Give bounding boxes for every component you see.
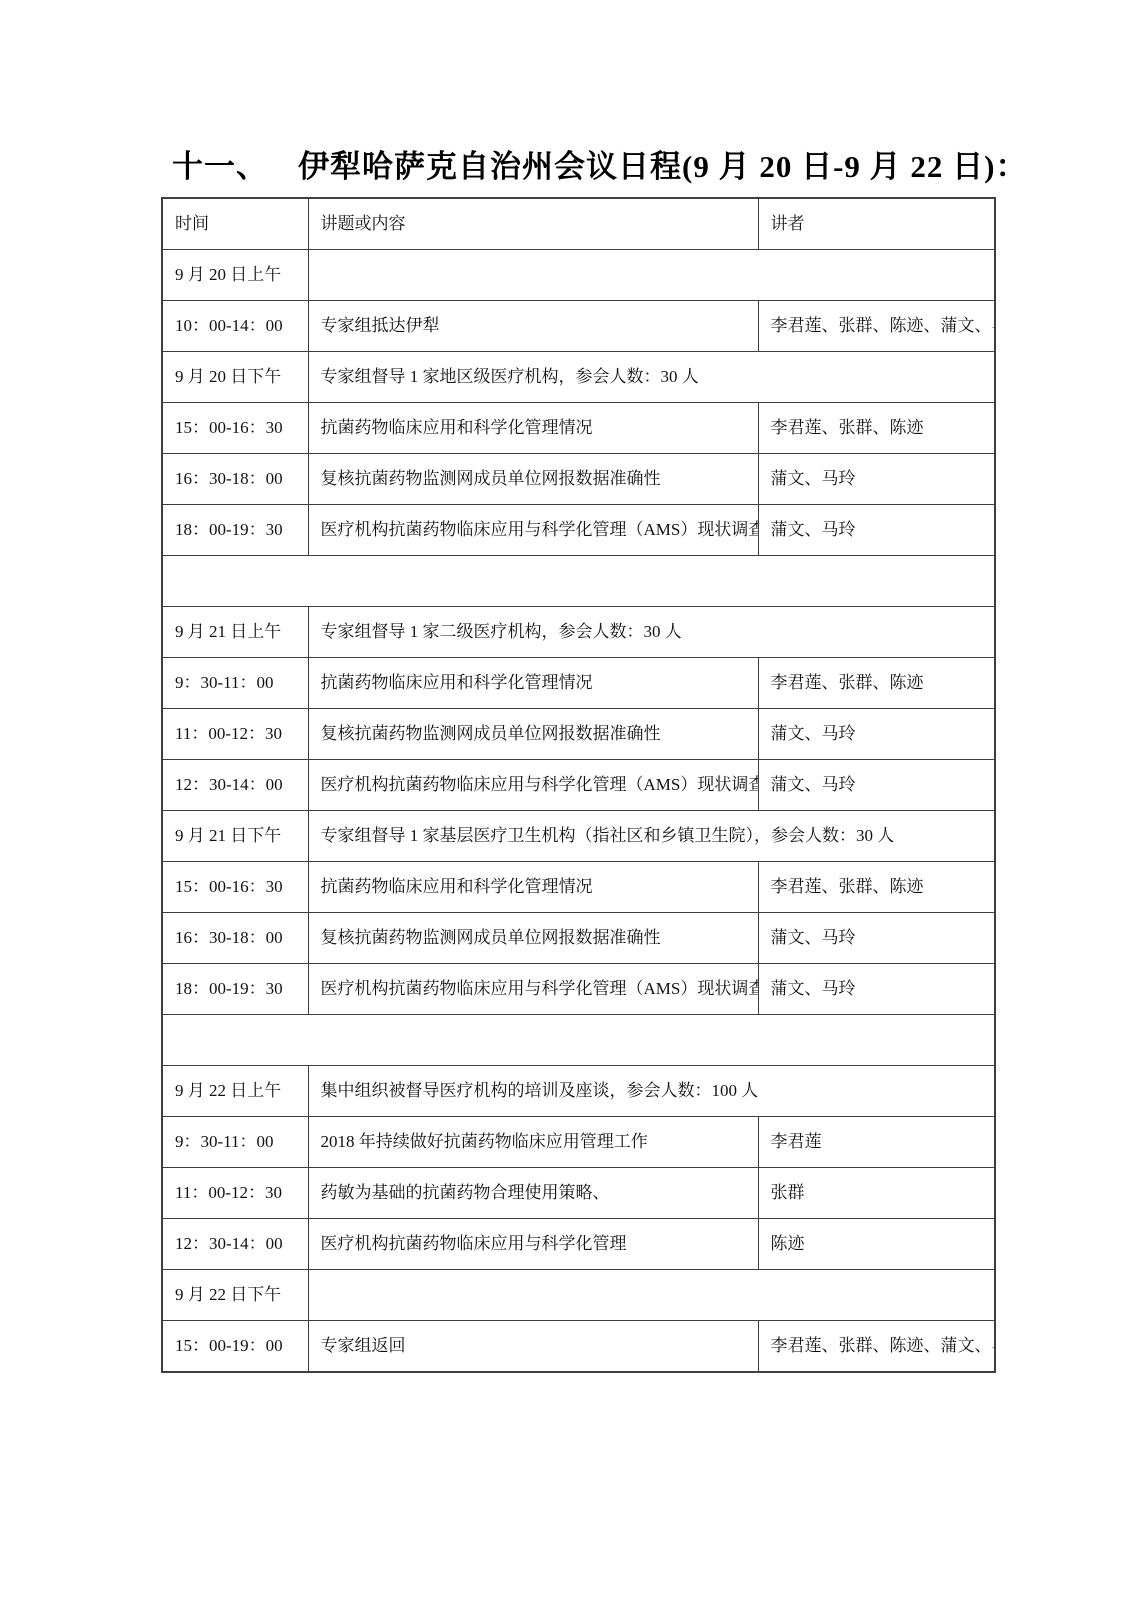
topic-cell: 医疗机构抗菌药物临床应用与科学化管理（AMS）现状调查 [308,760,758,811]
time-cell: 9：30-11：00 [162,658,308,709]
speaker-cell: 蒲文、马玲 [758,505,995,556]
topic-cell: 专家组督导 1 家地区级医疗机构，参会人数：30 人 [308,352,995,403]
time-cell: 9 月 21 日下午 [162,811,308,862]
page-title: 十一、伊犁哈萨克自治州会议日程(9 月 20 日-9 月 22 日)： [172,141,1027,186]
topic-cell: 复核抗菌药物监测网成员单位网报数据准确性 [308,454,758,505]
table-row: 15：00-16：30抗菌药物临床应用和科学化管理情况李君莲、张群、陈迹 [162,862,995,913]
time-header-cell: 时间 [162,198,308,250]
table-row: 15：00-19：00专家组返回李君莲、张群、陈迹、蒲文、马玲 [162,1321,995,1373]
time-cell: 9：30-11：00 [162,1117,308,1168]
speaker-cell: 蒲文、马玲 [758,913,995,964]
time-cell: 9 月 22 日上午 [162,1066,308,1117]
empty-cell [162,556,995,607]
time-cell: 9 月 22 日下午 [162,1270,308,1321]
table-row: 9 月 22 日上午集中组织被督导医疗机构的培训及座谈，参会人数：100 人 [162,1066,995,1117]
table-row [162,1015,995,1066]
time-cell: 15：00-16：30 [162,862,308,913]
speaker-cell: 蒲文、马玲 [758,760,995,811]
speaker-cell: 李君莲、张群、陈迹 [758,658,995,709]
topic-cell: 医疗机构抗菌药物临床应用与科学化管理（AMS）现状调查 [308,964,758,1015]
speaker-cell: 李君莲、张群、陈迹 [758,862,995,913]
table-row [162,556,995,607]
table-row: 10：00-14：00专家组抵达伊犁李君莲、张群、陈迹、蒲文、马玲 [162,301,995,352]
speaker-cell: 蒲文、马玲 [758,709,995,760]
table-row: 9 月 20 日上午 [162,250,995,301]
speaker-cell: 李君莲、张群、陈迹 [758,403,995,454]
time-cell: 9 月 21 日上午 [162,607,308,658]
table-row: 16：30-18：00复核抗菌药物监测网成员单位网报数据准确性蒲文、马玲 [162,454,995,505]
speaker-cell: 李君莲 [758,1117,995,1168]
table-row: 9：30-11：002018 年持续做好抗菌药物临床应用管理工作李君莲 [162,1117,995,1168]
table-row: 9 月 22 日下午 [162,1270,995,1321]
topic-cell: 医疗机构抗菌药物临床应用与科学化管理（AMS）现状调查 [308,505,758,556]
table-row: 16：30-18：00复核抗菌药物监测网成员单位网报数据准确性蒲文、马玲 [162,913,995,964]
empty-cell [162,1015,995,1066]
table-row: 11：00-12：30药敏为基础的抗菌药物合理使用策略、张群 [162,1168,995,1219]
table-row: 9 月 21 日下午专家组督导 1 家基层医疗卫生机构（指社区和乡镇卫生院），参… [162,811,995,862]
speaker-cell: 陈迹 [758,1219,995,1270]
time-cell: 11：00-12：30 [162,709,308,760]
topic-header-cell: 讲题或内容 [308,198,758,250]
topic-cell: 医疗机构抗菌药物临床应用与科学化管理 [308,1219,758,1270]
topic-cell: 专家组返回 [308,1321,758,1373]
speaker-header-cell: 讲者 [758,198,995,250]
time-cell: 16：30-18：00 [162,454,308,505]
time-cell: 9 月 20 日上午 [162,250,308,301]
speaker-cell: 李君莲、张群、陈迹、蒲文、马玲 [758,1321,995,1373]
document-page: 十一、伊犁哈萨克自治州会议日程(9 月 20 日-9 月 22 日)： 时间讲题… [0,0,1131,1600]
speaker-cell: 蒲文、马玲 [758,964,995,1015]
topic-cell [308,250,995,301]
topic-cell: 专家组督导 1 家基层医疗卫生机构（指社区和乡镇卫生院），参会人数：30 人 [308,811,995,862]
schedule-table: 时间讲题或内容讲者9 月 20 日上午 10：00-14：00专家组抵达伊犁李君… [161,197,996,1373]
time-cell: 18：00-19：30 [162,964,308,1015]
time-cell: 9 月 20 日下午 [162,352,308,403]
speaker-cell: 张群 [758,1168,995,1219]
time-cell: 11：00-12：30 [162,1168,308,1219]
topic-cell: 抗菌药物临床应用和科学化管理情况 [308,862,758,913]
topic-cell: 抗菌药物临床应用和科学化管理情况 [308,658,758,709]
section-title-text: 伊犁哈萨克自治州会议日程(9 月 20 日-9 月 22 日)： [298,149,1027,184]
topic-cell: 集中组织被督导医疗机构的培训及座谈，参会人数：100 人 [308,1066,995,1117]
table-row: 18：00-19：30医疗机构抗菌药物临床应用与科学化管理（AMS）现状调查蒲文… [162,505,995,556]
table-row: 12：30-14：00医疗机构抗菌药物临床应用与科学化管理（AMS）现状调查蒲文… [162,760,995,811]
table-row: 12：30-14：00医疗机构抗菌药物临床应用与科学化管理陈迹 [162,1219,995,1270]
table-row: 9 月 21 日上午专家组督导 1 家二级医疗机构，参会人数：30 人 [162,607,995,658]
table-row: 18：00-19：30医疗机构抗菌药物临床应用与科学化管理（AMS）现状调查蒲文… [162,964,995,1015]
time-cell: 12：30-14：00 [162,760,308,811]
section-number: 十一、 [172,149,268,184]
topic-cell: 复核抗菌药物监测网成员单位网报数据准确性 [308,913,758,964]
table-row: 11：00-12：30复核抗菌药物监测网成员单位网报数据准确性蒲文、马玲 [162,709,995,760]
table-row: 15：00-16：30抗菌药物临床应用和科学化管理情况李君莲、张群、陈迹 [162,403,995,454]
table-row: 9 月 20 日下午专家组督导 1 家地区级医疗机构，参会人数：30 人 [162,352,995,403]
time-cell: 18：00-19：30 [162,505,308,556]
topic-cell: 专家组抵达伊犁 [308,301,758,352]
speaker-cell: 李君莲、张群、陈迹、蒲文、马玲 [758,301,995,352]
time-cell: 10：00-14：00 [162,301,308,352]
time-cell: 16：30-18：00 [162,913,308,964]
schedule-table-body: 时间讲题或内容讲者9 月 20 日上午 10：00-14：00专家组抵达伊犁李君… [162,198,995,1372]
topic-cell: 复核抗菌药物监测网成员单位网报数据准确性 [308,709,758,760]
time-cell: 15：00-19：00 [162,1321,308,1373]
header-row: 时间讲题或内容讲者 [162,198,995,250]
time-cell: 12：30-14：00 [162,1219,308,1270]
speaker-cell: 蒲文、马玲 [758,454,995,505]
topic-cell: 专家组督导 1 家二级医疗机构，参会人数：30 人 [308,607,995,658]
topic-cell [308,1270,995,1321]
topic-cell: 药敏为基础的抗菌药物合理使用策略、 [308,1168,758,1219]
topic-cell: 2018 年持续做好抗菌药物临床应用管理工作 [308,1117,758,1168]
topic-cell: 抗菌药物临床应用和科学化管理情况 [308,403,758,454]
time-cell: 15：00-16：30 [162,403,308,454]
table-row: 9：30-11：00抗菌药物临床应用和科学化管理情况李君莲、张群、陈迹 [162,658,995,709]
